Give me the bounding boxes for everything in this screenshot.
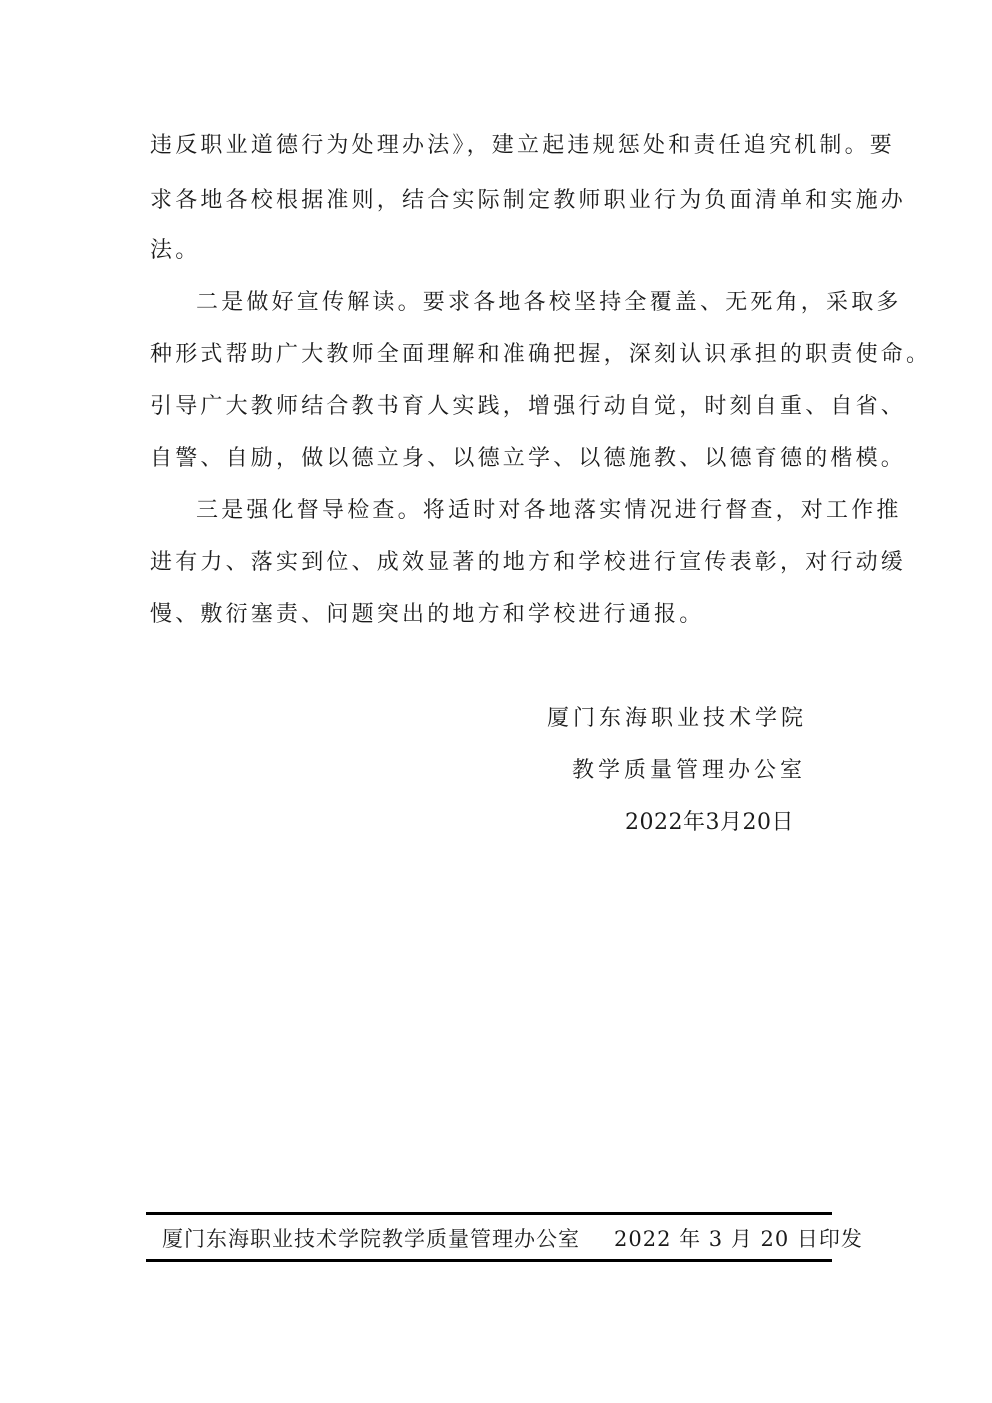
body-text-line: 违反职业道德行为处理办法》，建立起违规惩处和责任追究机制。要 bbox=[150, 131, 895, 161]
footer-issuer: 厦门东海职业技术学院教学质量管理办公室 bbox=[162, 1224, 580, 1254]
body-text-line: 进有力、落实到位、成效显著的地方和学校进行宣传表彰，对行动缓 bbox=[150, 548, 906, 578]
body-text-line: 慢、敷衍塞责、问题突出的地方和学校进行通报。 bbox=[150, 600, 704, 630]
body-text-line: 种形式帮助广大教师全面理解和准确把握，深刻认识承担的职责使命。 bbox=[150, 340, 931, 370]
footer-bottom-rule bbox=[146, 1259, 832, 1262]
document-page: 违反职业道德行为处理办法》，建立起违规惩处和责任追究机制。要 求各地各校根据准则… bbox=[0, 0, 992, 1403]
body-text-line: 引导广大教师结合教书育人实践，增强行动自觉，时刻自重、自省、 bbox=[150, 392, 906, 422]
body-text-line: 三是强化督导检查。将适时对各地落实情况进行督查，对工作推 bbox=[196, 496, 902, 526]
body-text-line: 自警、自励，做以德立身、以德立学、以德施教、以德育德的楷模。 bbox=[150, 444, 906, 474]
footer-top-rule bbox=[146, 1212, 832, 1215]
body-text-line: 法。 bbox=[150, 236, 200, 266]
signature-date: 2022年3月20日 bbox=[625, 808, 794, 838]
body-text-line: 二是做好宣传解读。要求各地各校坚持全覆盖、无死角，采取多 bbox=[196, 288, 902, 318]
body-text-line: 求各地各校根据准则，结合实际制定教师职业行为负面清单和实施办 bbox=[150, 186, 906, 216]
signature-office: 教学质量管理办公室 bbox=[572, 756, 806, 786]
signature-institution: 厦门东海职业技术学院 bbox=[547, 704, 807, 734]
footer-issued-date: 2022 年 3 月 20 日印发 bbox=[614, 1224, 863, 1254]
